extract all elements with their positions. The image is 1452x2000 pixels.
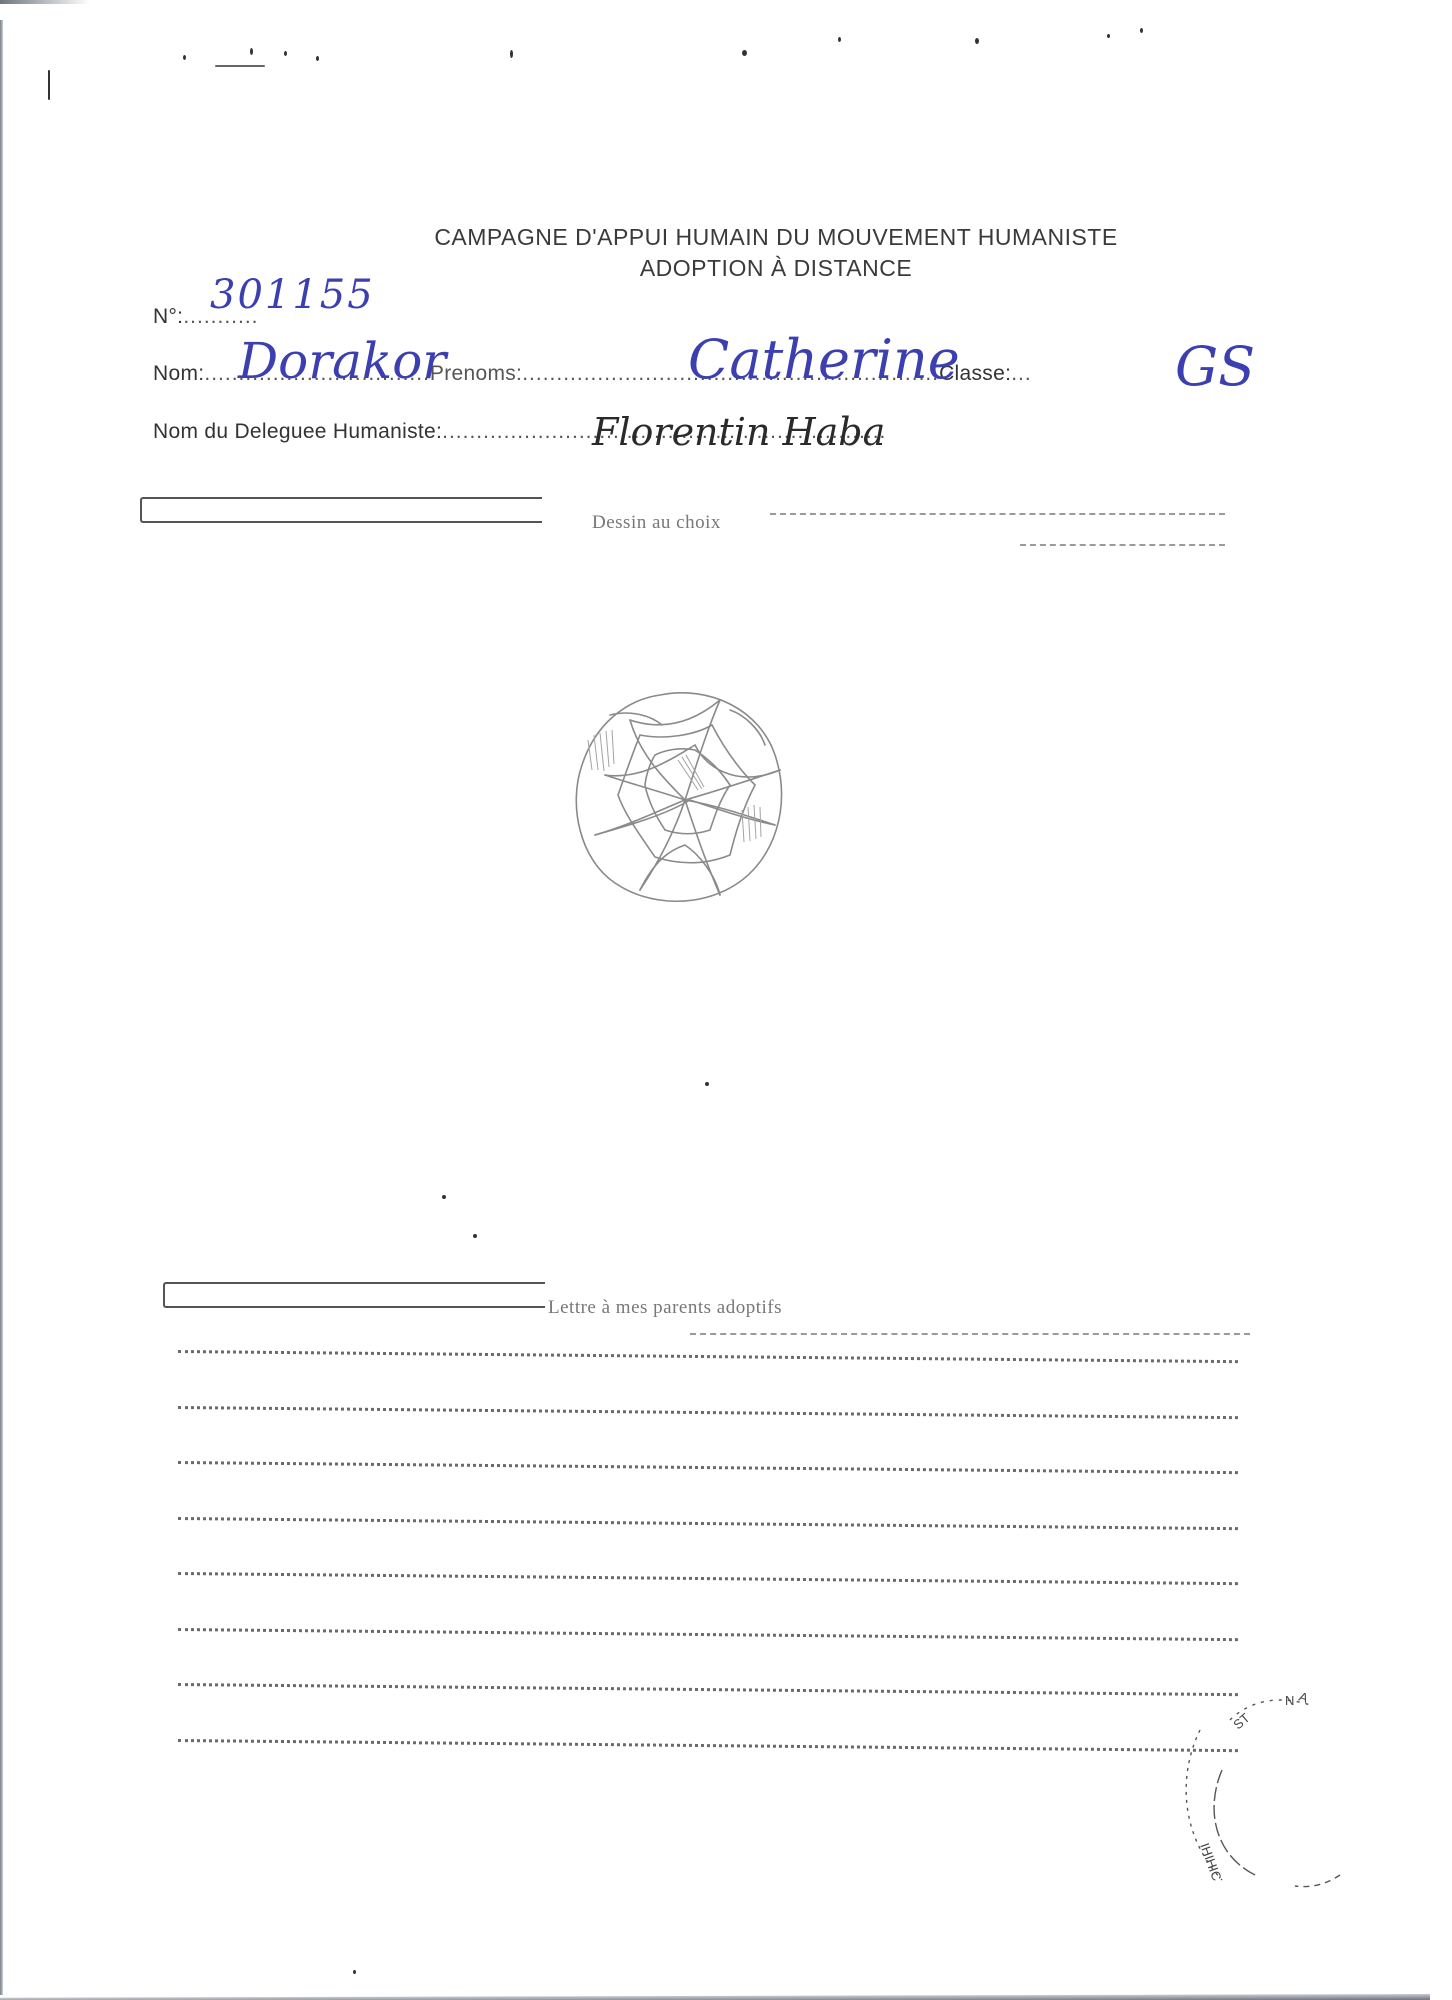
scan-edge-left bbox=[0, 20, 3, 1995]
official-stamp-icon: ST N A IHIHIC bbox=[1160, 1660, 1360, 1900]
letter-line[interactable] bbox=[178, 1628, 1238, 1641]
drawing-section-label: Dessin au choix bbox=[592, 512, 721, 534]
svg-text:IHIHIC: IHIHIC bbox=[1197, 1841, 1224, 1883]
letter-section-label: Lettre à mes parents adoptifs bbox=[548, 1297, 782, 1319]
svg-text:A: A bbox=[1297, 1689, 1311, 1706]
class-dots[interactable]: ... bbox=[1011, 362, 1032, 385]
form-title-line-1: CAMPAGNE D'APPUI HUMAIN DU MOUVEMENT HUM… bbox=[100, 222, 1452, 253]
drawing-section-rule-lower bbox=[1020, 544, 1225, 546]
last-name-label: Nom: bbox=[153, 362, 204, 385]
letter-line[interactable] bbox=[178, 1572, 1238, 1585]
drawing-section-box bbox=[140, 497, 542, 523]
class-value: GS bbox=[1175, 335, 1255, 398]
delegate-value: Florentin Haba bbox=[592, 410, 885, 454]
letter-section-rule bbox=[690, 1333, 1250, 1335]
letter-line[interactable] bbox=[178, 1739, 1238, 1752]
spider-web-drawing bbox=[570, 685, 800, 915]
letter-line[interactable] bbox=[178, 1350, 1238, 1363]
drawing-section-rule bbox=[770, 513, 1225, 515]
letter-line[interactable] bbox=[178, 1517, 1238, 1530]
last-name-value: Dorakor bbox=[238, 332, 446, 390]
number-label: N°: bbox=[153, 305, 183, 328]
letter-line[interactable] bbox=[178, 1406, 1238, 1419]
letter-line[interactable] bbox=[178, 1683, 1238, 1696]
number-value: 301155 bbox=[210, 272, 375, 318]
delegate-label: Nom du Deleguee Humaniste: bbox=[153, 420, 442, 443]
letter-line[interactable] bbox=[178, 1461, 1238, 1474]
scan-edge-bottom bbox=[0, 1994, 1430, 2000]
first-name-value: Catherine bbox=[688, 328, 960, 391]
svg-text:N: N bbox=[1285, 1693, 1294, 1708]
svg-text:ST: ST bbox=[1230, 1710, 1252, 1732]
scan-edge-top bbox=[0, 0, 90, 4]
letter-section-box bbox=[163, 1282, 545, 1308]
